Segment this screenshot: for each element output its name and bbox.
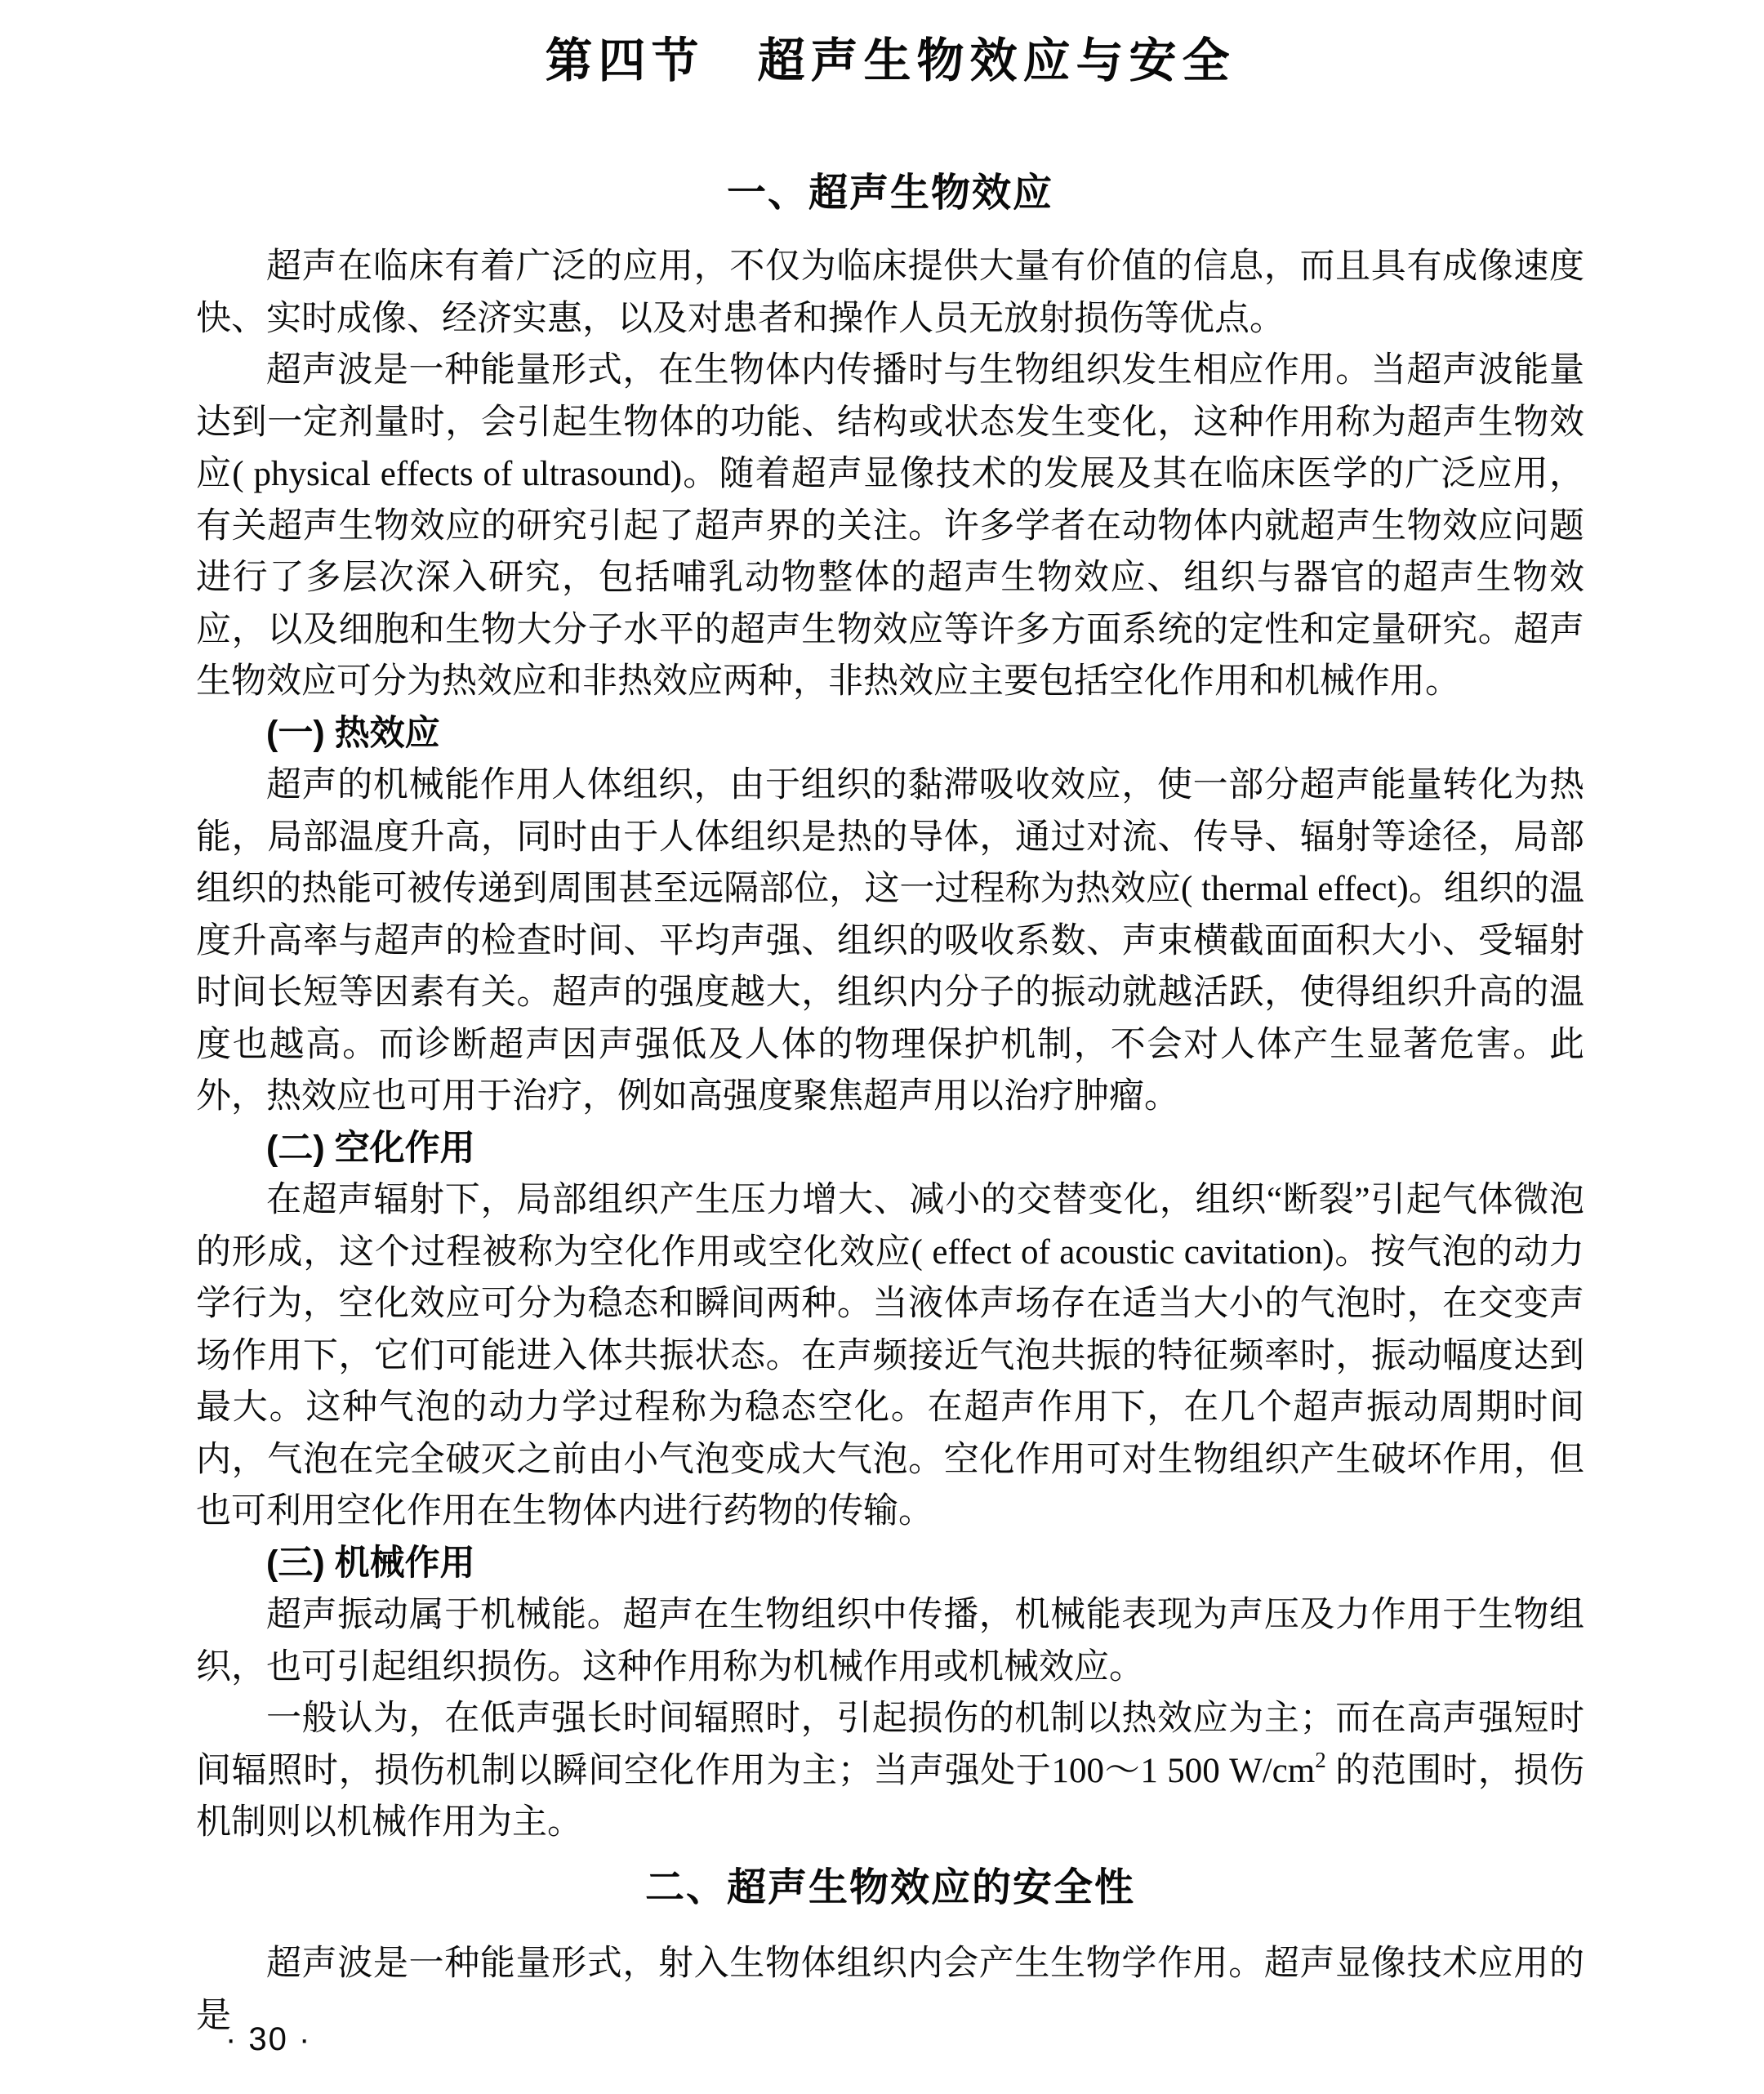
section-title: 第四节 超声生物效应与安全: [196, 34, 1584, 88]
paragraph-intro-2: 超声波是一种能量形式，在生物体内传播时与生物组织发生相应作用。当超声波能量达到一…: [196, 345, 1584, 708]
paragraph-damage-mechanism: 一般认为，在低声强长时间辐照时，引起损伤的机制以热效应为主；而在高声强短时间辐照…: [196, 1693, 1584, 1849]
paragraph-mechanical-effect: 超声振动属于机械能。超声在生物组织中传播，机械能表现为声压及力作用于生物组织，也…: [196, 1589, 1584, 1693]
paragraph-intro-1: 超声在临床有着广泛的应用，不仅为临床提供大量有价值的信息，而且具有成像速度快、实…: [196, 241, 1584, 345]
heading-safety: 二、超声生物效应的安全性: [196, 1862, 1584, 1914]
superscript-exponent: 2: [1315, 1748, 1326, 1772]
subheading-mechanical-effect: (三) 机械作用: [196, 1538, 1584, 1590]
text-column: 第四节 超声生物效应与安全 一、超声生物效应 超声在临床有着广泛的应用，不仅为临…: [196, 0, 1584, 2042]
paragraph-thermal-effect: 超声的机械能作用人体组织，由于组织的黏滞吸收效应，使一部分超声能量转化为热能，局…: [196, 760, 1584, 1123]
paragraph-safety-intro: 超声波是一种能量形式，射入生物体组织内会产生生物学作用。超声显像技术应用的是: [196, 1938, 1584, 2042]
book-page: 第四节 超声生物效应与安全 一、超声生物效应 超声在临床有着广泛的应用，不仅为临…: [0, 0, 1764, 2094]
heading-bioeffects: 一、超声生物效应: [196, 171, 1584, 216]
subheading-cavitation: (二) 空化作用: [196, 1123, 1584, 1175]
subheading-thermal-effect: (一) 热效应: [196, 708, 1584, 760]
paragraph-cavitation: 在超声辐射下，局部组织产生压力增大、减小的交替变化，组织“断裂”引起气体微泡的形…: [196, 1174, 1584, 1538]
page-number: · 30 ·: [225, 2020, 311, 2058]
